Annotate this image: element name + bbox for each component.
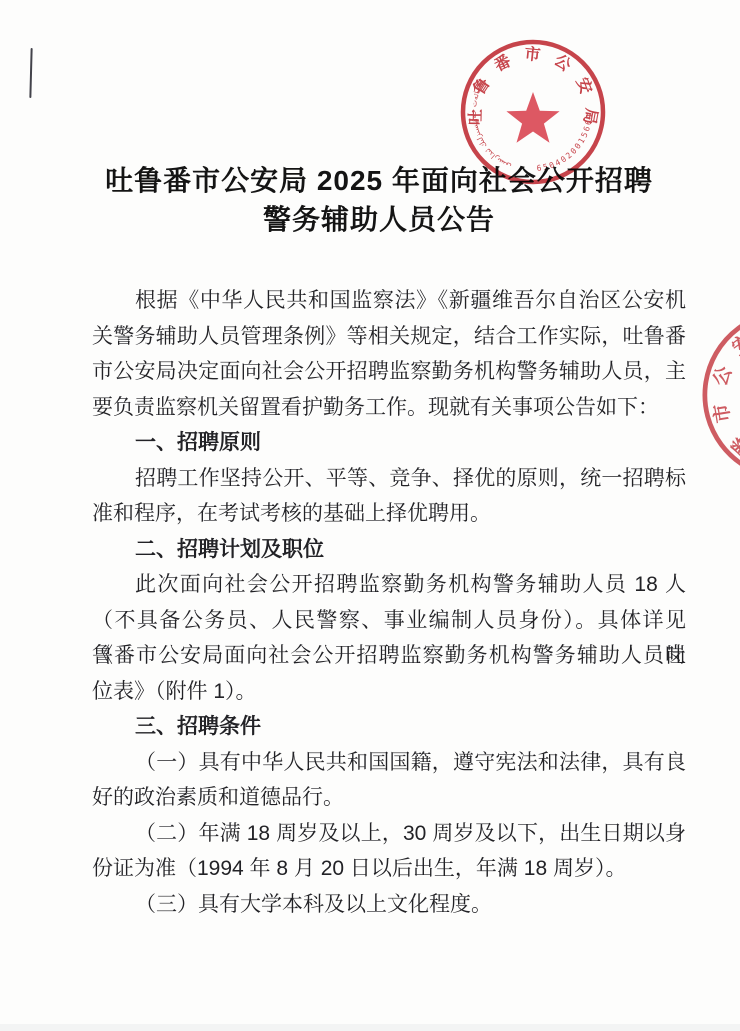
scanned-document-page: 吐鲁番市公安局 2025 年面向社会公开招聘 警务辅助人员公告 根据《中华人民共…	[0, 0, 740, 1031]
text-line: 此次面向社会公开招聘监察勤务机构警务辅助人员 18 人	[92, 567, 686, 603]
text-line: （一）具有中华人民共和国国籍，遵守宪法和法律，具有良	[92, 745, 686, 781]
text-line: （二）年满 18 周岁及以上，30 周岁及以下，出生日期以身	[92, 816, 686, 852]
scan-artifact-line	[29, 48, 32, 98]
official-seal-stamp: 吐鲁番市公安局 تۇرپان شەھىرى جامائەت خەۋپسىزلىك…	[453, 32, 613, 192]
text-line: 份证为准（1994 年 8 月 20 日以后出生，年满 18 周岁）。	[92, 851, 686, 887]
section-heading-3: 三、招聘条件	[92, 709, 686, 745]
document-body: 根据《中华人民共和国监察法》《新疆维吾尔自治区公安机 关警务辅助人员管理条例》等…	[92, 283, 686, 922]
seal-star-icon	[506, 92, 559, 143]
text-line: 市公安局决定面向社会公开招聘监察勤务机构警务辅助人员，主	[92, 354, 686, 390]
text-line: 根据《中华人民共和国监察法》《新疆维吾尔自治区公安机	[92, 283, 686, 319]
text-line: 招聘工作坚持公开、平等、竞争、择优的原则，统一招聘标	[92, 461, 686, 497]
text-line: （三）具有大学本科及以上文化程度。	[92, 887, 686, 923]
text-line: （不具备公务员、人民警察、事业编制人员身份）。具体详见《吐	[92, 603, 686, 639]
section-heading-2: 二、招聘计划及职位	[92, 532, 686, 568]
text-line: 鲁番市公安局面向社会公开招聘监察勤务机构警务辅助人员岗	[92, 638, 686, 674]
seal-org-arc-text: 吐鲁番市公安局	[689, 309, 740, 492]
section-heading-1: 一、招聘原则	[92, 425, 686, 461]
scan-bottom-edge	[0, 1024, 740, 1031]
text-line: 准和程序，在考试考核的基础上择优聘用。	[92, 496, 686, 532]
text-line: 要负责监察机关留置看护勤务工作。现就有关事项公告如下：	[92, 390, 686, 426]
text-line: 关警务辅助人员管理条例》等相关规定，结合工作实际，吐鲁番	[92, 319, 686, 355]
text-line: 好的政治素质和道德品行。	[92, 780, 686, 816]
text-line: 位表》（附件 1）。	[92, 674, 686, 710]
title-line-2: 警务辅助人员公告	[82, 200, 676, 239]
